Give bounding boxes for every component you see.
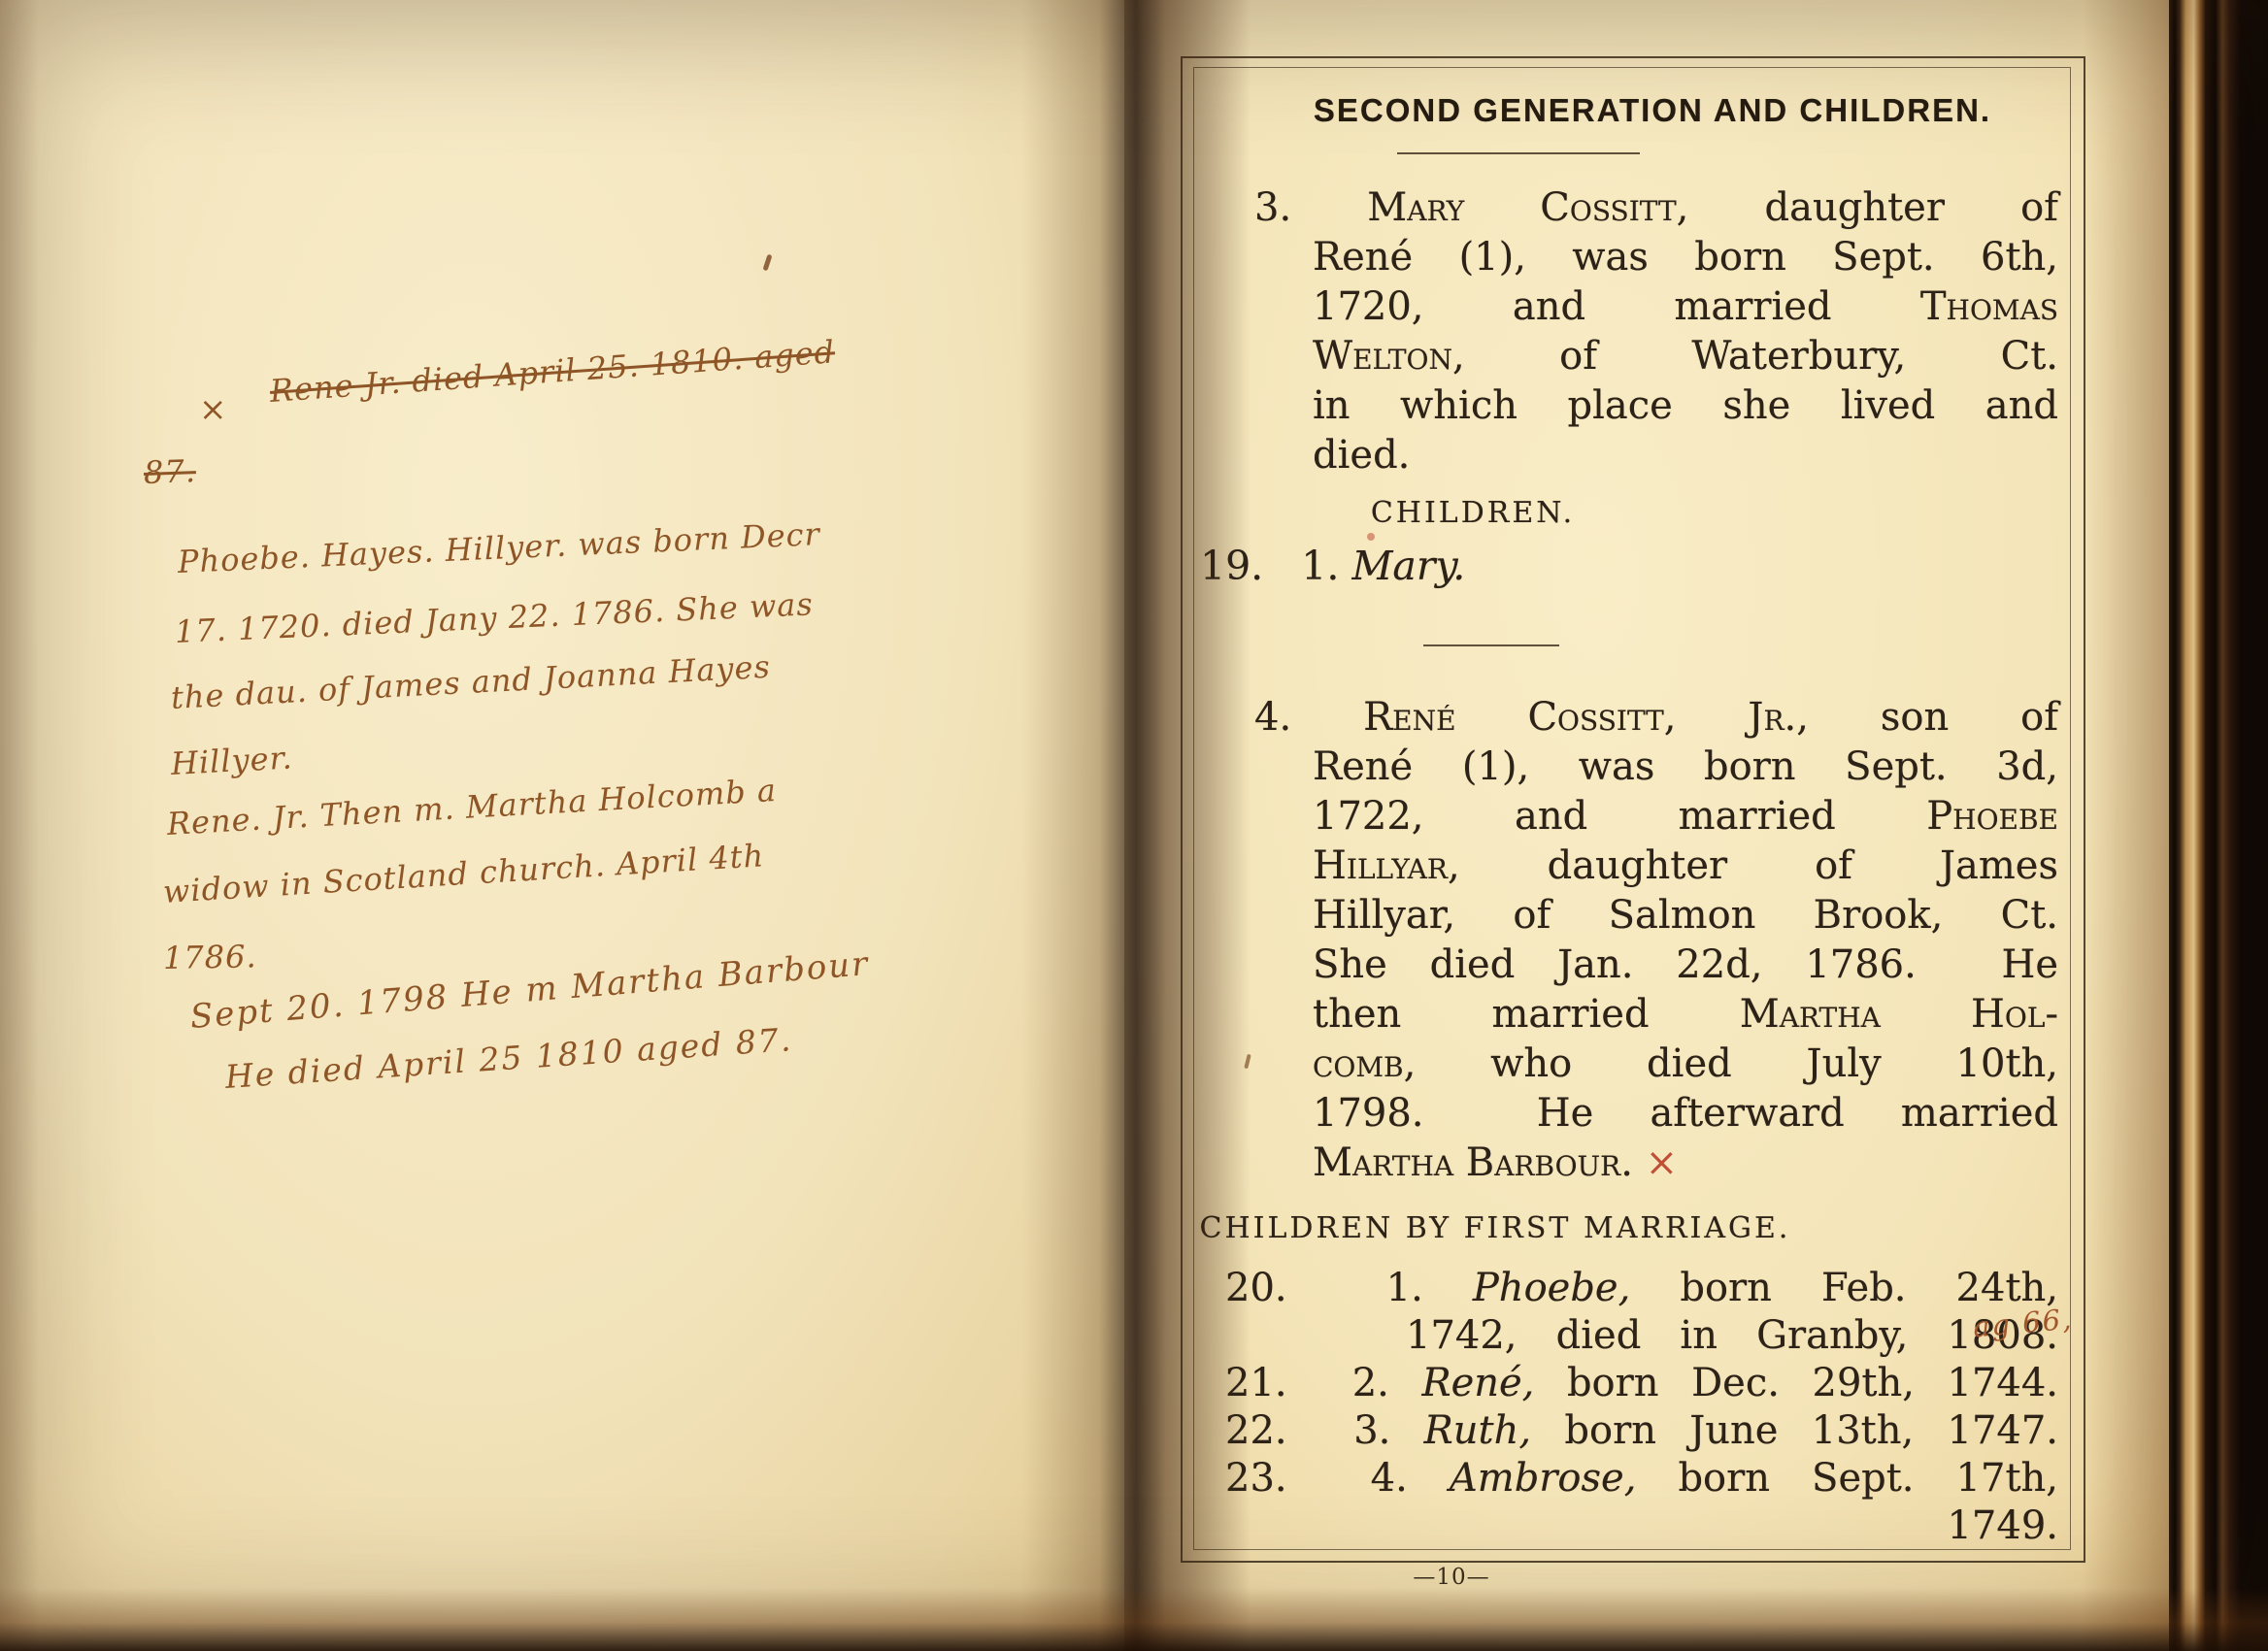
text-segment: died. (1313, 433, 1410, 478)
text-segment: Hillyar, (1313, 843, 1460, 888)
text-segment: Welton, (1313, 334, 1465, 379)
print-line: comb, who died July 10th, (1313, 1040, 2058, 1089)
text-segment: son of (1809, 695, 2058, 740)
print-line: then married Martha Hol- (1313, 990, 2058, 1040)
printed-column: SECOND GENERATION AND CHILDREN. 3. Mary … (1247, 92, 2058, 1550)
text-segment: 1722, and married (1313, 794, 1926, 839)
text-segment: × (1646, 1140, 1679, 1185)
text-segment: 19. 1. (1200, 543, 1351, 589)
print-line: René (1), was born Sept. 3d, (1313, 743, 2058, 792)
text-segment: daughter of James (1460, 843, 2058, 888)
text-segment: Phoebe. Hayes. Hillyer. was born Decr (177, 515, 820, 580)
print-line: 19. 1. Mary. (1200, 542, 2058, 590)
print-line: 1798. He afterward married (1313, 1089, 2058, 1139)
text-segment: comb, (1313, 1041, 1416, 1086)
text-segment: René, (1421, 1361, 1534, 1405)
child-entry-19: 19. 1. Mary. (1200, 542, 2058, 590)
text-segment: Hillyar, of Salmon Brook, Ct. (1313, 893, 2058, 938)
entry-4-rene-cossitt-jr: 4. René Cossitt, Jr., son ofRené (1), wa… (1313, 693, 2058, 1188)
text-segment: of Waterbury, Ct. (1465, 334, 2058, 379)
book-scan: × Rene Jr. died April 25. 1810. aged 87.… (0, 0, 2268, 1651)
text-segment: He died April 25 1810 aged 87. (224, 1020, 794, 1096)
text-segment: 1720, and married (1313, 284, 1920, 329)
text-segment: 21. 2. (1225, 1361, 1421, 1405)
text-segment: 1798. He afterward married (1313, 1091, 2058, 1136)
text-segment: who died July 10th, (1416, 1041, 2058, 1086)
text-segment: Ruth, (1424, 1408, 1531, 1453)
print-line: Hillyar, daughter of James (1313, 842, 2058, 891)
heading-rule (1397, 152, 1640, 154)
section-rule (1423, 644, 1559, 646)
children-first-marriage-heading: CHILDREN BY FIRST MARRIAGE. (1089, 1211, 1901, 1245)
text-segment: born Dec. 29th, 1744. (1534, 1361, 2058, 1405)
handwriting-line: widow in Scotland church. April 4th (162, 837, 765, 910)
text-segment: 4. (1254, 695, 1363, 740)
text-segment: She died Jan. 22d, 1786. He (1313, 942, 2058, 987)
text-segment: born June 13th, 1747. (1531, 1408, 2058, 1453)
print-line: She died Jan. 22d, 1786. He (1313, 941, 2058, 990)
text-segment: Thomas (1920, 284, 2058, 329)
text-segment: widow in Scotland church. April 4th (162, 837, 765, 910)
text-segment: daughter of (1688, 185, 2058, 230)
handwritten-x-mark: × (199, 390, 228, 429)
print-line: Martha Barbour. × (1313, 1139, 2058, 1188)
handwriting-line: He died April 25 1810 aged 87. (224, 1020, 794, 1096)
text-segment: Phoebe (1926, 794, 2058, 839)
page-heading: SECOND GENERATION AND CHILDREN. (1247, 92, 2058, 129)
handwriting-line: the dau. of James and Joanna Hayes (170, 648, 772, 716)
text-segment: Martha Hol- (1740, 992, 2058, 1037)
text-segment: Mary Cossitt, (1367, 185, 1688, 230)
print-line: 4. René Cossitt, Jr., son of (1254, 693, 2058, 743)
list-line: 20. 1. Phoebe, born Feb. 24th, (1225, 1265, 2058, 1312)
handwriting-line: Hillyer. (170, 739, 293, 782)
text-segment: 20. 1. (1225, 1266, 1473, 1310)
list-line: 1749. (1247, 1502, 2058, 1550)
text-segment: Rene. Jr. Then m. Martha Holcomb a (166, 772, 778, 842)
text-segment: Ambrose, (1450, 1456, 1637, 1501)
text-segment: René (1), was born Sept. 3d, (1313, 744, 2058, 789)
text-segment: 17. 1720. died Jany 22. 1786. She was (174, 585, 814, 650)
right-page-edge-shadow (2082, 0, 2169, 1651)
text-segment: 22. 3. (1225, 1408, 1424, 1453)
handwriting-line: 1786. (163, 938, 257, 976)
left-page-edge-shadow (0, 0, 39, 1651)
text-segment: Mary. (1351, 543, 1465, 589)
text-segment: 23. 4. (1225, 1456, 1450, 1501)
print-line: 3. Mary Cossitt, daughter of (1254, 183, 2058, 233)
list-line: 23. 4. Ambrose, born Sept. 17th, (1225, 1455, 2058, 1502)
text-segment: Phoebe, (1473, 1266, 1630, 1310)
children-first-marriage-list: 20. 1. Phoebe, born Feb. 24th,1742, died… (1247, 1265, 2058, 1550)
page-number: —10— (1359, 1565, 1544, 1590)
text-segment: Hillyer. (170, 739, 293, 782)
text-segment: then married (1313, 992, 1740, 1037)
text-segment: 1749. (1947, 1503, 2058, 1548)
handwriting-line: Rene. Jr. Then m. Martha Holcomb a (166, 772, 778, 842)
print-line: 1720, and married Thomas (1313, 282, 2058, 332)
text-segment: René Cossitt, Jr., (1363, 695, 1809, 740)
print-line: died. (1313, 431, 2058, 480)
print-line: René (1), was born Sept. 6th, (1313, 233, 2058, 282)
text-segment (1633, 1140, 1646, 1185)
list-line: 21. 2. René, born Dec. 29th, 1744. (1225, 1360, 2058, 1407)
list-line: 1742, died in Granby, 1808. (1406, 1312, 2058, 1360)
text-segment: Martha Barbour. (1313, 1140, 1633, 1185)
text-segment: born Feb. 24th, (1630, 1266, 2058, 1310)
text-segment: 3. (1254, 185, 1367, 230)
children-heading: CHILDREN. (1067, 496, 1879, 530)
text-segment: René (1), was born Sept. 6th, (1313, 235, 2058, 280)
left-page: × Rene Jr. died April 25. 1810. aged 87.… (0, 0, 1124, 1651)
handwriting-line: Phoebe. Hayes. Hillyer. was born Decr (177, 515, 820, 580)
ink-speck (762, 254, 772, 272)
text-segment: born Sept. 17th, (1636, 1456, 2058, 1501)
text-segment: 1742, died in Granby, 1808. (1406, 1313, 2058, 1358)
text-segment: the dau. of James and Joanna Hayes (170, 648, 772, 716)
text-segment: 1786. (163, 938, 257, 976)
print-line: Welton, of Waterbury, Ct. (1313, 332, 2058, 381)
print-line: 1722, and married Phoebe (1313, 792, 2058, 842)
print-line: Hillyar, of Salmon Brook, Ct. (1313, 891, 2058, 941)
handwriting-line: 17. 1720. died Jany 22. 1786. She was (174, 585, 814, 650)
handwritten-struck-line: Rene Jr. died April 25. 1810. aged (269, 333, 837, 410)
book-page-edges (2169, 0, 2268, 1651)
text-segment: in which place she lived and (1313, 383, 2058, 428)
list-line: 22. 3. Ruth, born June 13th, 1747. (1225, 1407, 2058, 1455)
print-line: in which place she lived and (1313, 381, 2058, 431)
handwritten-struck-line: 87. (143, 452, 196, 491)
entry-3-mary-cossitt: 3. Mary Cossitt, daughter ofRené (1), wa… (1313, 183, 2058, 480)
